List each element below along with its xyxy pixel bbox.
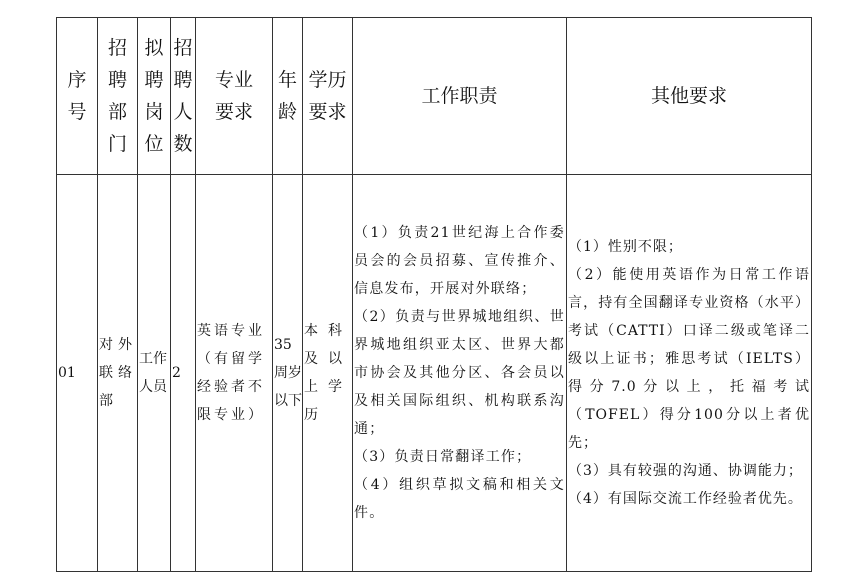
duty-item: （3）负责日常翻译工作； [354, 443, 565, 471]
cell-dept: 对外联络部 [98, 175, 138, 572]
header-row: 序 号 招 聘 部 门 拟 聘 岗 位 招 聘 人 数 专业 [57, 18, 812, 175]
duty-item: （4）组织草拟文稿和相关文件。 [354, 471, 565, 527]
table-row: 01 对外联络部 工作人员 2 英语专业（有留学经验者不限专业） 35周岁以下 … [57, 175, 812, 572]
header-dept-line: 门 [98, 128, 137, 160]
header-dept-line: 招 [98, 32, 137, 64]
header-major: 专业 要求 [196, 18, 273, 175]
header-position-line: 聘 [138, 64, 170, 96]
header-seq: 序 号 [57, 18, 98, 175]
requirement-item: （3）具有较强的沟通、协调能力； [568, 457, 810, 485]
header-age-line: 龄 [273, 96, 302, 128]
cell-count: 2 [171, 175, 196, 572]
header-dept: 招 聘 部 门 [98, 18, 138, 175]
header-position-line: 拟 [138, 32, 170, 64]
cell-duties: （1）负责21世纪海上合作委员会的会员招募、宣传推介、信息发布，开展对外联络； … [353, 175, 567, 572]
requirement-item: （1）性别不限； [568, 233, 810, 261]
header-education-line: 要求 [303, 96, 352, 128]
header-position: 拟 聘 岗 位 [138, 18, 171, 175]
duty-item: （2）负责与世界城地组织、世界城地组织亚太区、世界大都市协会及其他分区、各会员以… [354, 303, 565, 443]
cell-position: 工作人员 [138, 175, 171, 572]
cell-other: （1）性别不限； （2）能使用英语作为日常工作语言，持有全国翻译专业资格（水平）… [567, 175, 812, 572]
header-education: 学历 要求 [303, 18, 353, 175]
duty-item: （1）负责21世纪海上合作委员会的会员招募、宣传推介、信息发布，开展对外联络； [354, 219, 565, 303]
header-other-line: 其他要求 [567, 80, 811, 112]
header-seq-line: 号 [57, 96, 97, 128]
cell-education: 本科及以上学历 [303, 175, 353, 572]
header-age-line: 年 [273, 64, 302, 96]
requirement-item: （2）能使用英语作为日常工作语言，持有全国翻译专业资格（水平）考试（CATTI）… [568, 261, 810, 457]
header-major-line: 专业 [196, 64, 272, 96]
header-other: 其他要求 [567, 18, 812, 175]
header-major-line: 要求 [196, 96, 272, 128]
header-count-line: 数 [171, 128, 195, 160]
header-duties-line: 工作职责 [353, 80, 566, 112]
header-seq-line: 序 [57, 64, 97, 96]
header-position-line: 位 [138, 128, 170, 160]
header-count: 招 聘 人 数 [171, 18, 196, 175]
header-count-line: 聘 [171, 64, 195, 96]
header-education-line: 学历 [303, 64, 352, 96]
requirement-item: （4）有国际交流工作经验者优先。 [568, 485, 810, 513]
cell-age: 35周岁以下 [273, 175, 303, 572]
cell-major: 英语专业（有留学经验者不限专业） [196, 175, 273, 572]
header-count-line: 招 [171, 32, 195, 64]
header-dept-line: 聘 [98, 64, 137, 96]
header-position-line: 岗 [138, 96, 170, 128]
header-duties: 工作职责 [353, 18, 567, 175]
cell-seq: 01 [57, 175, 98, 572]
header-dept-line: 部 [98, 96, 137, 128]
recruitment-table: 序 号 招 聘 部 门 拟 聘 岗 位 招 聘 人 数 专业 [56, 17, 812, 572]
header-count-line: 人 [171, 96, 195, 128]
header-age: 年 龄 [273, 18, 303, 175]
